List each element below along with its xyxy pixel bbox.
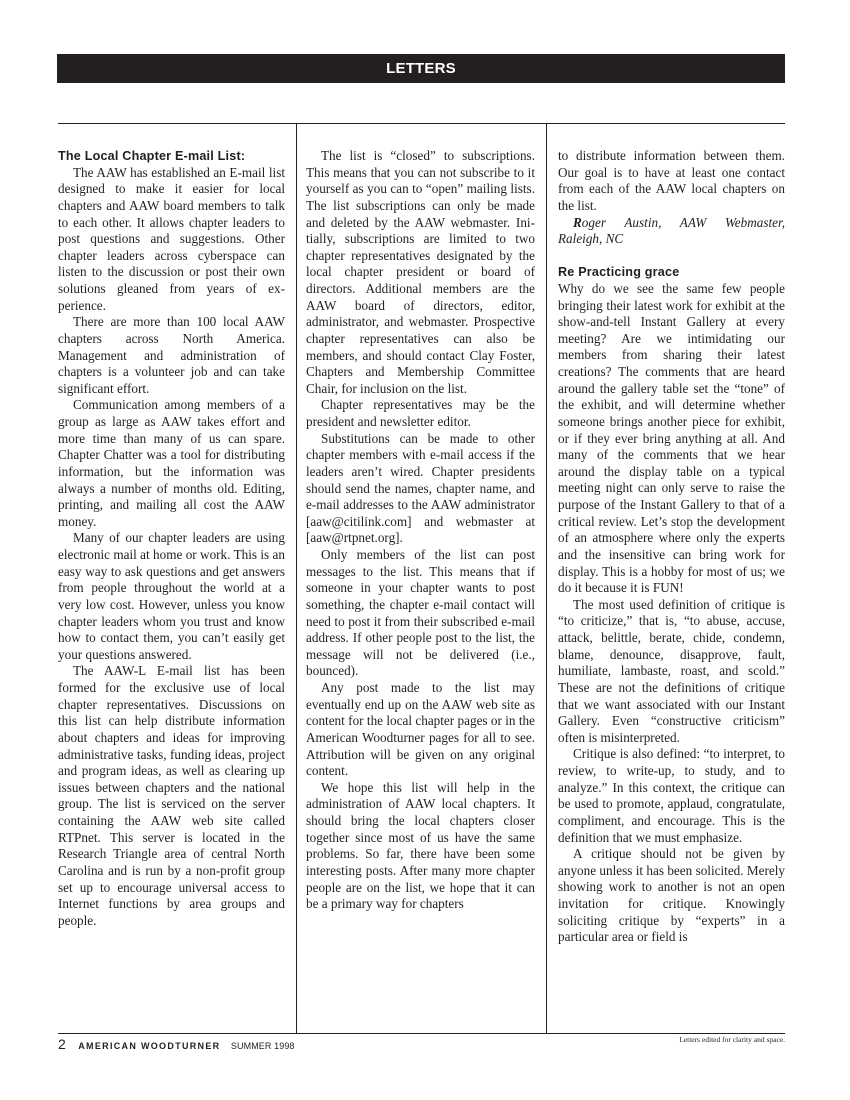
letter-signature: Roger Austin, AAW Webmaster, Raleigh, NC [558, 215, 785, 248]
paragraph: The list is “closed” to subscrip­tions. … [306, 148, 535, 397]
letter-heading-local-chapter-email: The Local Chapter E-mail List: [58, 148, 285, 165]
signature-initial: R [573, 215, 582, 230]
bottom-rule-divider [58, 1033, 785, 1034]
letter-heading-re-practicing-grace: Re Practicing grace [558, 264, 785, 281]
paragraph: Substitutions can be made to other chapt… [306, 431, 535, 547]
column-divider-1 [296, 124, 297, 1033]
magazine-title: AMERICAN WOODTURNER [78, 1041, 220, 1051]
column-2: The list is “closed” to subscrip­tions. … [306, 148, 535, 913]
paragraph: Communication among members of a group a… [58, 397, 285, 530]
page-number: 2 [58, 1036, 66, 1052]
section-header-letters: LETTERS [57, 54, 785, 83]
paragraph: Only members of the list can post messag… [306, 547, 535, 680]
section-title: LETTERS [386, 60, 456, 77]
issue-label: SUMMER 1998 [231, 1041, 295, 1051]
column-divider-2 [546, 124, 547, 1033]
paragraph: Critique is also defined: “to inter­pret… [558, 746, 785, 846]
paragraph: Chapter representatives may be the presi… [306, 397, 535, 430]
paragraph: The AAW-L E-mail list has been formed fo… [58, 663, 285, 929]
top-rule-divider [58, 123, 785, 124]
spacer [558, 248, 785, 265]
paragraph: Why do we see the same few people bringi… [558, 281, 785, 597]
column-1: The Local Chapter E-mail List: The AAW h… [58, 148, 285, 929]
paragraph: The most used definition of cri­tique is… [558, 597, 785, 747]
paragraph: Any post made to the list may eventually… [306, 680, 535, 780]
signature-text: oger Austin, AAW Webmaster, Raleigh, NC [558, 215, 785, 247]
page-footer: 2 AMERICAN WOODTURNER SUMMER 1998 [58, 1036, 295, 1054]
paragraph: There are more than 100 local AAW chapte… [58, 314, 285, 397]
paragraph: A critique should not be given by anyone… [558, 846, 785, 946]
column-3: to distribute information between them. … [558, 148, 785, 946]
editorial-note: Letters edited for clarity and space. [679, 1035, 785, 1044]
paragraph: Many of our chapter leaders are using el… [58, 530, 285, 663]
paragraph-continuation: to distribute information between them. … [558, 148, 785, 215]
paragraph: We hope this list will help in the admin… [306, 780, 535, 913]
paragraph: The AAW has established an E-mail list d… [58, 165, 285, 315]
